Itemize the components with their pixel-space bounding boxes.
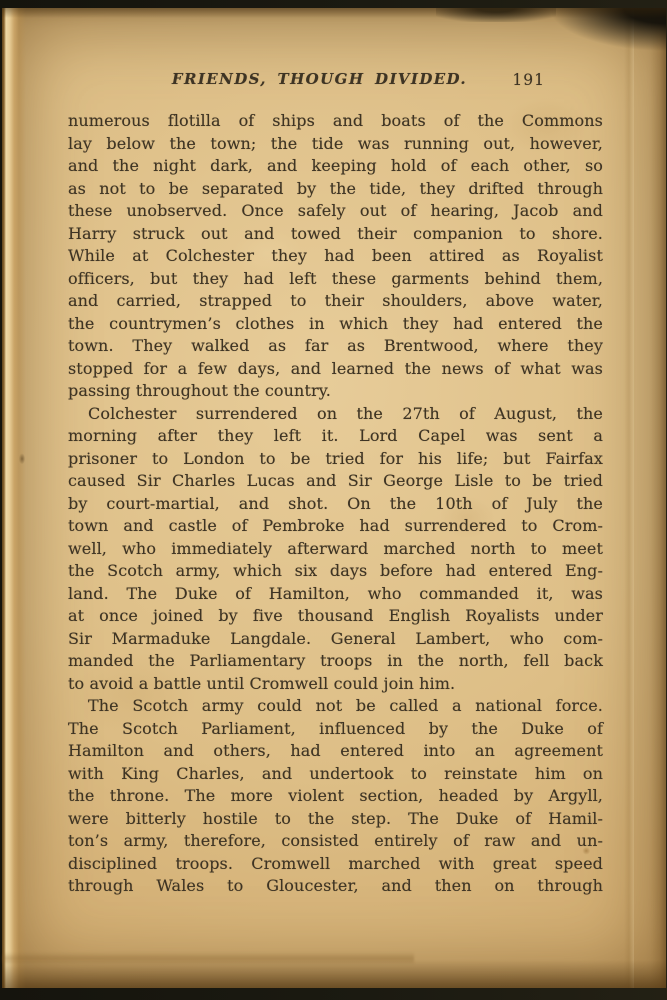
text-line: the countrymen’s clothes in which they h… [68,313,603,336]
text-line: manded the Parliamentary troops in the n… [68,650,603,673]
text-line: with King Charles, and undertook to rein… [68,763,603,786]
text-line: The Scotch army could not be called a na… [68,695,603,718]
page-title: FRIENDS, THOUGH DIVIDED. [172,70,467,88]
text-line: Colchester surrendered on the 27th of Au… [68,403,603,426]
page-right-edge [650,8,666,988]
text-line: stopped for a few days, and learned the … [68,358,603,381]
page-number: 191 [512,71,545,89]
book-page: FRIENDS, THOUGH DIVIDED. 191 numerous fl… [2,8,666,988]
text-line: town and castle of Pembroke had surrende… [68,515,603,538]
text-line: these unobserved. Once safely out of hea… [68,200,603,223]
scanned-photo: FRIENDS, THOUGH DIVIDED. 191 numerous fl… [0,0,667,1000]
text-line: by court-martial, and shot. On the 10th … [68,493,603,516]
text-line: and carried, strapped to their shoulders… [68,290,603,313]
text-line: While at Colchester they had been attire… [68,245,603,268]
text-line: disciplined troops. Cromwell marched wit… [68,853,603,876]
text-line: town. They walked as far as Brentwood, w… [68,335,603,358]
text-line: numerous flotilla of ships and boats of … [68,110,603,133]
text-line: caused Sir Charles Lucas and Sir George … [68,470,603,493]
text-line: Sir Marmaduke Langdale. General Lambert,… [68,628,603,651]
text-line: through Wales to Gloucester, and then on… [68,875,603,898]
page-left-edge [2,8,26,988]
text-line: at once joined by five thousand English … [68,605,603,628]
text-line: the Scotch army, which six days before h… [68,560,603,583]
text-line: The Scotch Parliament, influenced by the… [68,718,603,741]
page-crease [624,8,634,988]
text-line: lay below the town; the tide was running… [68,133,603,156]
text-line: were bitterly hostile to the step. The D… [68,808,603,831]
text-line: Harry struck out and towed their compani… [68,223,603,246]
text-line: to avoid a battle until Cromwell could j… [68,673,603,696]
text-line: Hamilton and others, had entered into an… [68,740,603,763]
page-body: numerous flotilla of ships and boats of … [68,110,603,898]
text-line: ton’s army, therefore, consisted entirel… [68,830,603,853]
text-line: prisoner to London to be tried for his l… [68,448,603,471]
text-line: the throne. The more violent section, he… [68,785,603,808]
text-line: land. The Duke of Hamilton, who commande… [68,583,603,606]
running-head: FRIENDS, THOUGH DIVIDED. 191 [68,70,603,92]
text-line: as not to be separated by the tide, they… [68,178,603,201]
text-line: morning after they left it. Lord Capel w… [68,425,603,448]
text-line: officers, but they had left these garmen… [68,268,603,291]
text-line: passing throughout the country. [68,380,603,403]
text-line: well, who immediately afterward marched … [68,538,603,561]
text-line: and the night dark, and keeping hold of … [68,155,603,178]
page-content: FRIENDS, THOUGH DIVIDED. 191 numerous fl… [68,8,603,988]
